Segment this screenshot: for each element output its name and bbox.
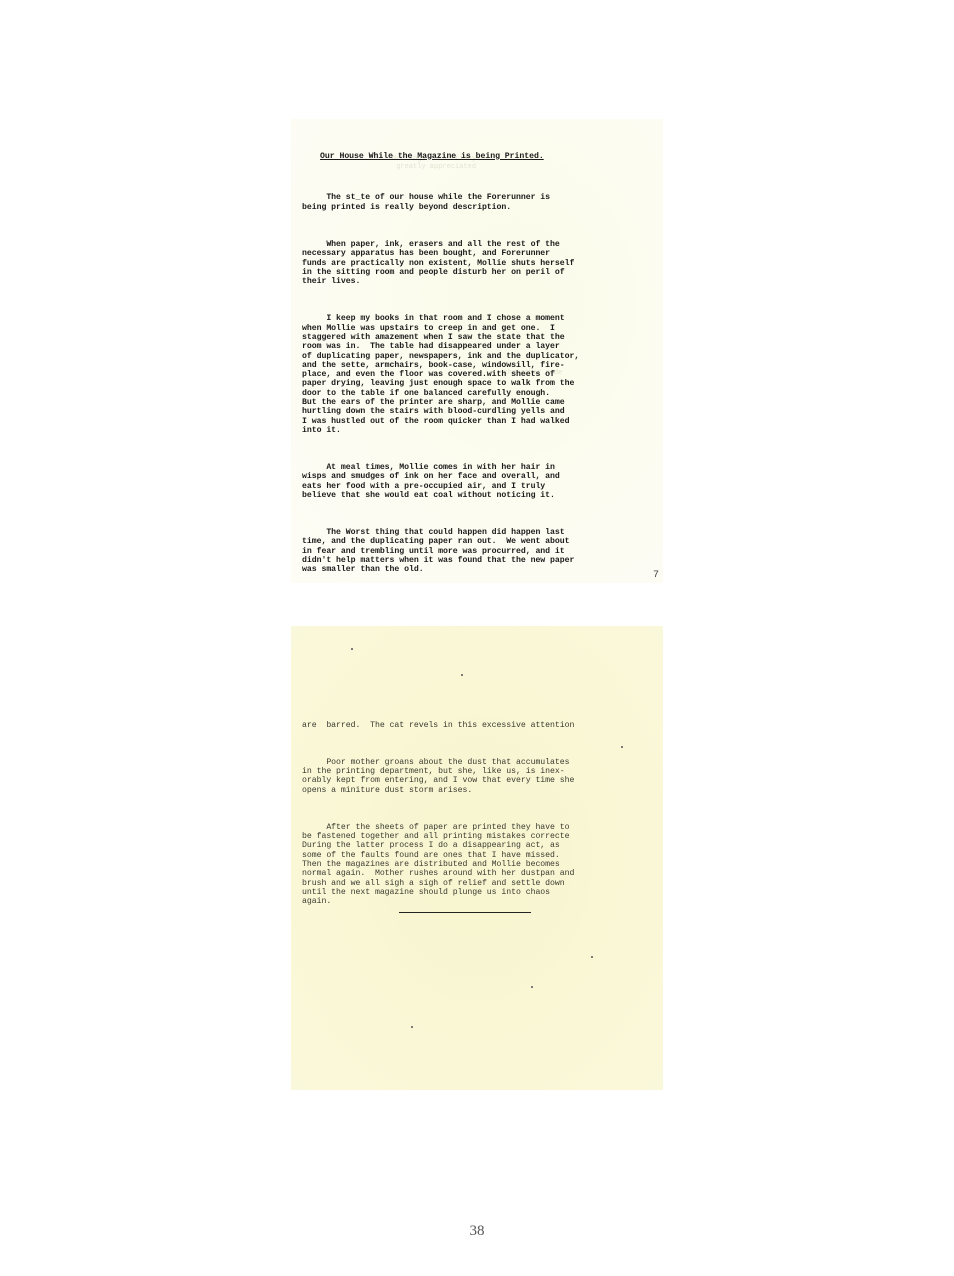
typed-text-block: are barred. The cat revels in this exces… [302, 702, 657, 934]
paragraph: When paper, ink, erasers and all the res… [302, 240, 657, 286]
speckle [461, 674, 463, 676]
scanned-page-2: are barred. The cat revels in this exces… [291, 626, 663, 1090]
corner-mark: 7 [653, 570, 659, 581]
speckle [351, 648, 353, 650]
document-title: Our House While the Magazine is being Pr… [302, 152, 657, 161]
scanned-page-1: Meetings each Friday greatly appreciated… [291, 119, 663, 583]
speckle [411, 1026, 413, 1028]
paragraph: I keep my books in that room and I chose… [302, 314, 657, 435]
paragraph: After the sheets of paper are printed th… [302, 823, 657, 907]
page-number: 38 [0, 1223, 954, 1240]
closing-rule [399, 912, 531, 913]
paragraph: Poor mother groans about the dust that a… [302, 758, 657, 795]
paragraph: The st_te of our house while the Forerun… [302, 193, 657, 212]
paragraph: At meal times, Mollie comes in with her … [302, 463, 657, 500]
typed-text-block: Our House While the Magazine is being Pr… [302, 133, 657, 583]
speckle [591, 956, 593, 958]
paragraph: are barred. The cat revels in this exces… [302, 721, 657, 730]
paragraph: The Worst thing that could happen did ha… [302, 528, 657, 574]
speckle [531, 986, 533, 988]
